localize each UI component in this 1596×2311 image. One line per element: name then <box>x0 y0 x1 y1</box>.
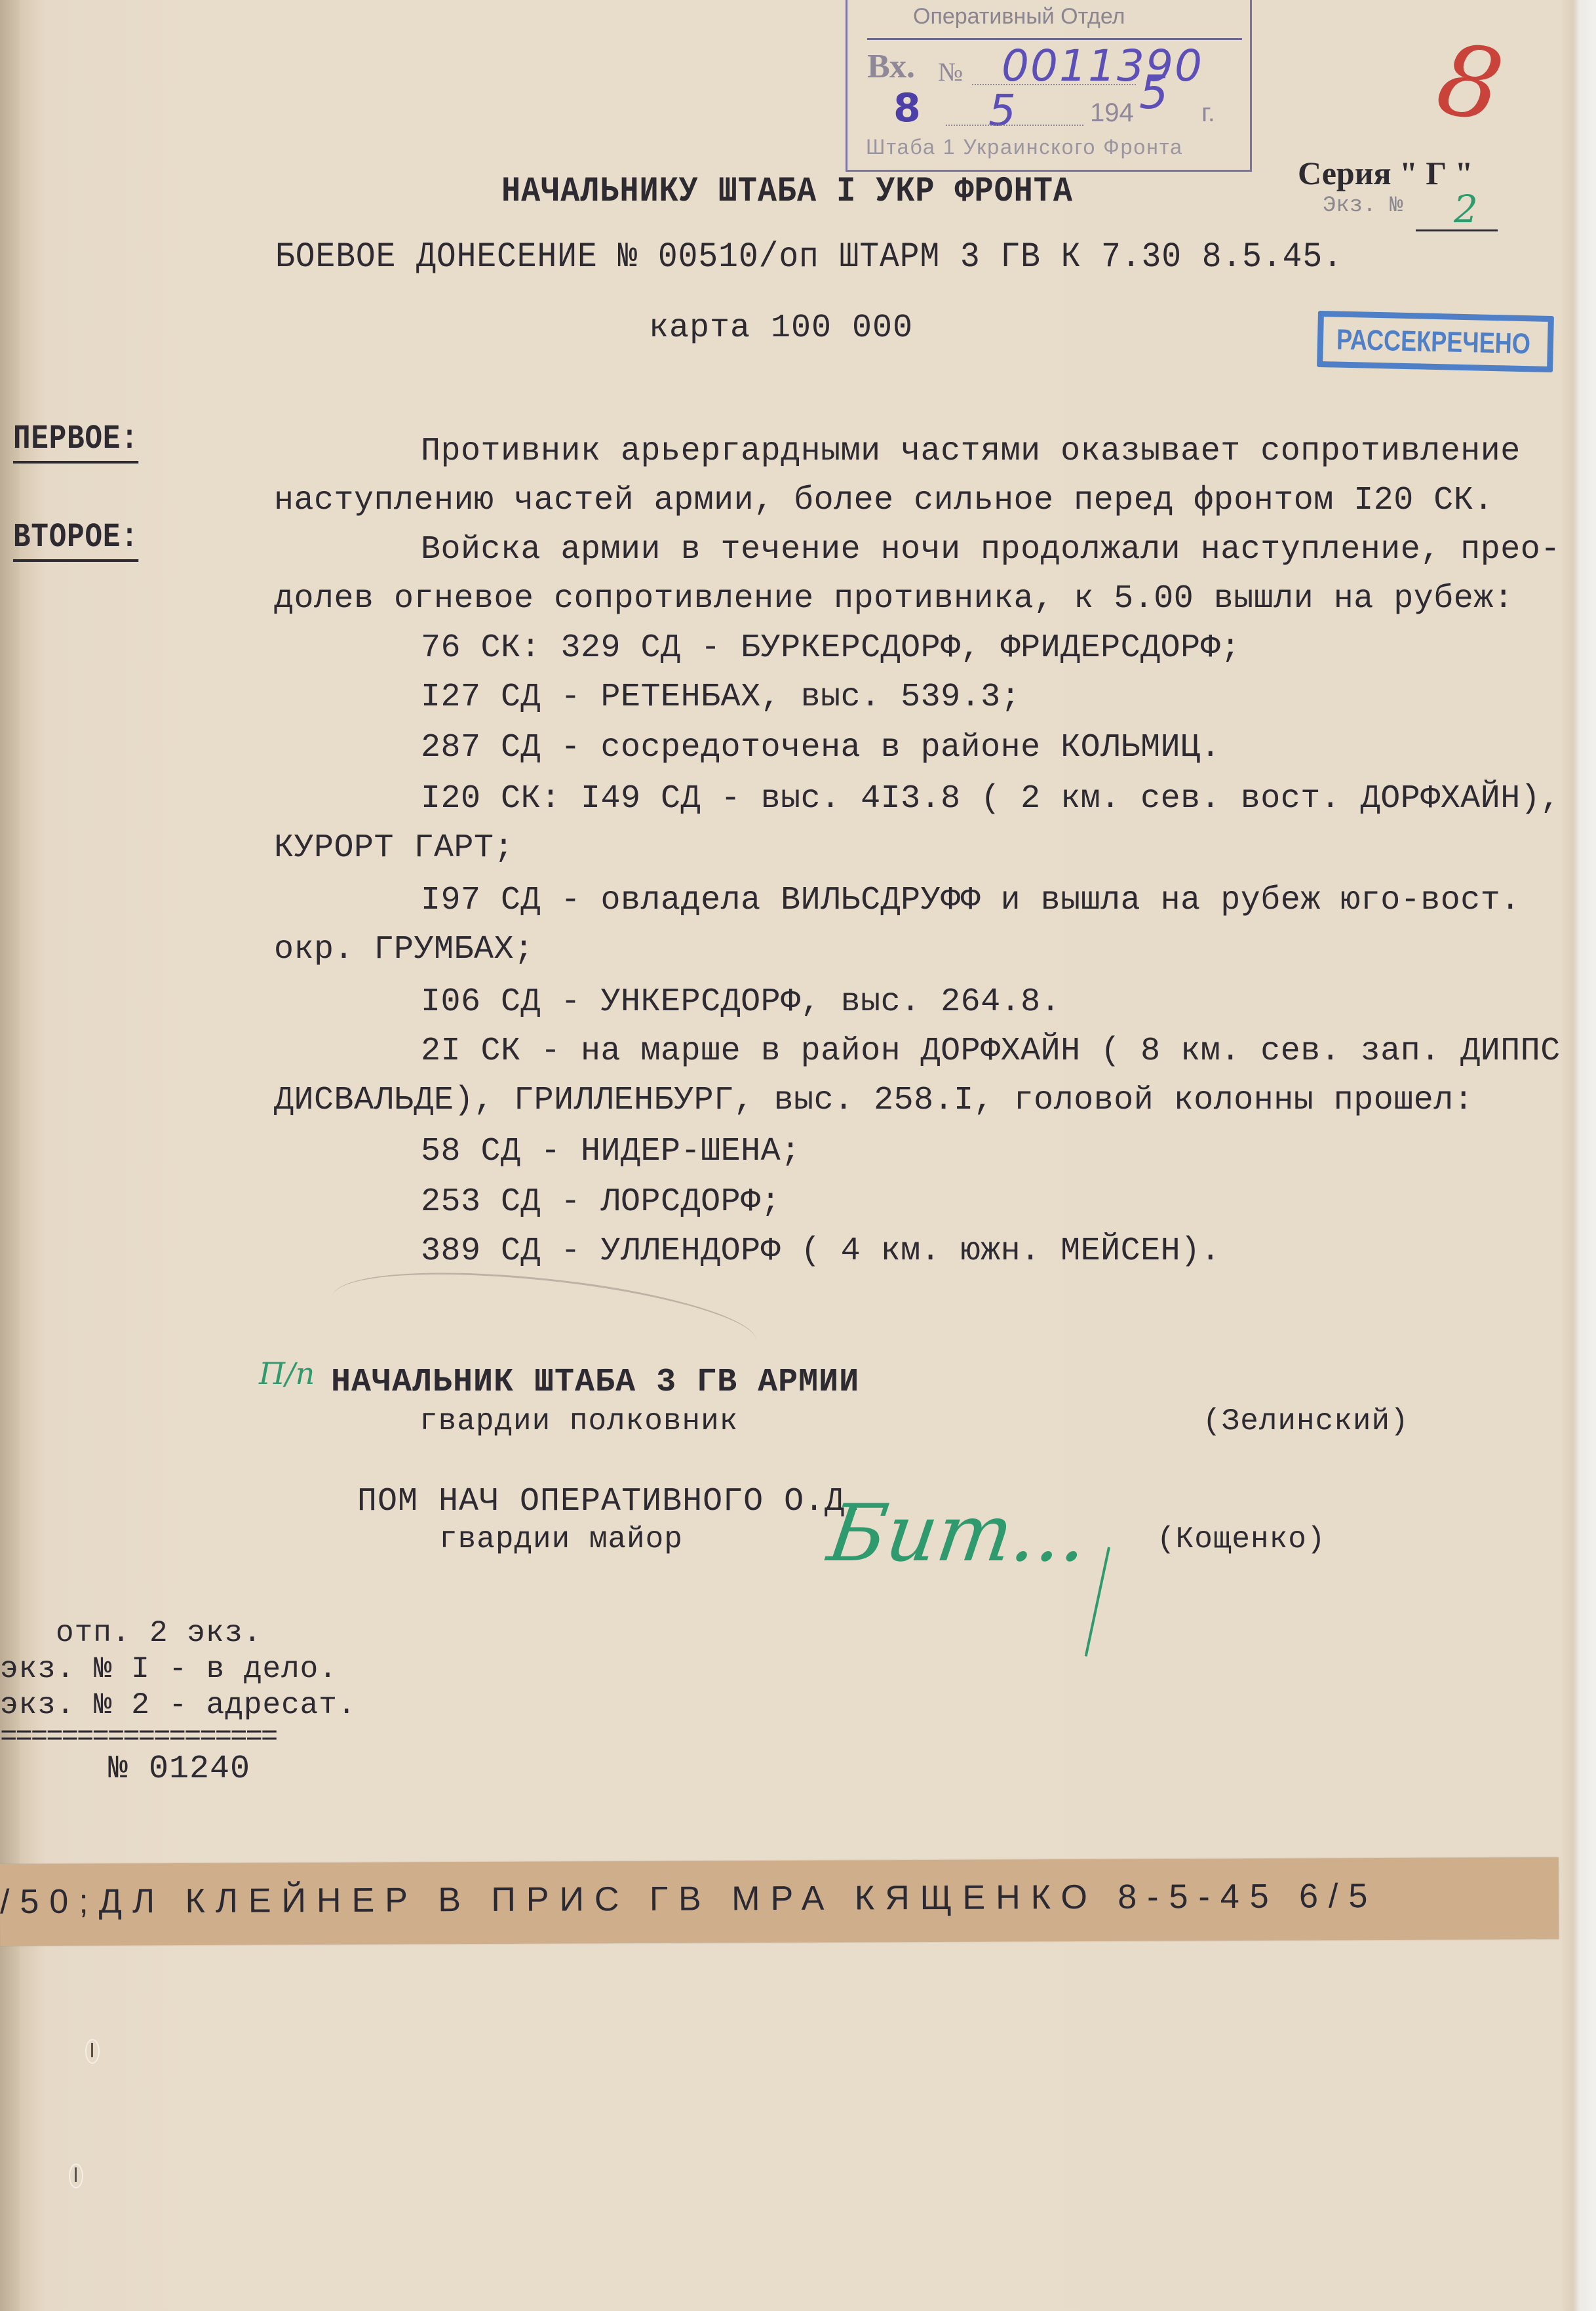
deputy-name: (Кощенко) <box>1157 1522 1325 1556</box>
body-line: наступлению частей армии, более сильное … <box>274 482 1494 519</box>
outgoing-number: № 01240 <box>108 1750 250 1788</box>
copy-number-value: 2 <box>1454 187 1478 231</box>
body-line: КУРОРТ ГАРТ; <box>274 829 514 867</box>
stamp-year-prefix: 194 <box>1090 98 1134 128</box>
binding-hole <box>85 2039 100 2064</box>
copy-2-destination: экз. № 2 - адресат. <box>0 1688 357 1722</box>
body-line: 2I СК - на марше в район ДОРФХАЙН ( 8 км… <box>421 1033 1561 1070</box>
deputy-signature: Бит... <box>823 1488 1093 1579</box>
report-title: БОЕВОЕ ДОНЕСЕНИЕ № 00510/оп ШТАРМ 3 ГВ К… <box>275 237 1343 277</box>
body-line: 253 СД - ЛОРСДОРФ; <box>421 1183 781 1221</box>
copy-1-destination: экз. № I - в дело. <box>0 1652 338 1686</box>
section-label-first: ПЕРВОЕ: <box>13 420 139 464</box>
body-line: окр. ГРУМБАХ; <box>274 931 534 968</box>
body-line: ДИСВАЛЬДЕ), ГРИЛЛЕНБУРГ, выс. 258.I, гол… <box>274 1082 1473 1119</box>
stamp-date-underline <box>946 125 1083 126</box>
body-line: I20 СК: I49 СД - выс. 4I3.8 ( 2 км. сев.… <box>421 780 1561 818</box>
body-line: I06 СД - УНКЕРСДОРФ, выс. 264.8. <box>421 983 1061 1021</box>
addressee-heading: НАЧАЛЬНИКУ ШТАБА I УКР ФРОНТА <box>501 172 1073 212</box>
body-line: 287 СД - сосредоточена в районе КОЛЬМИЦ. <box>421 729 1220 766</box>
body-line: Противник арьергардными частями оказывае… <box>421 433 1521 470</box>
separator-line: ================== <box>0 1721 276 1754</box>
stamp-year-suffix: 5 <box>1139 66 1169 119</box>
copies-printed: отп. 2 экз. <box>56 1616 262 1650</box>
stamp-number-label: № <box>938 56 963 87</box>
binding-hole <box>69 2163 83 2188</box>
body-line: 58 СД - НИДЕР-ШЕНА; <box>421 1133 801 1170</box>
body-line: 76 СК: 329 СД - БУРКЕРСДОРФ, ФРИДЕРСДОРФ… <box>421 629 1241 667</box>
body-line: Войска армии в течение ночи продолжали н… <box>421 531 1561 568</box>
telegraph-tape-text: /50;ДЛ КЛЕЙНЕР В ПРИС ГВ МРА КЯЩЕНКО 8-5… <box>0 1876 1378 1922</box>
stamp-title: Оперативный Отдел <box>913 4 1125 30</box>
declassified-stamp: РАССЕКРЕЧЕНО <box>1317 311 1554 372</box>
stamp-incoming-number: 0011390 <box>1002 41 1203 91</box>
declassified-text: РАССЕКРЕЧЕНО <box>1336 324 1530 361</box>
deputy-title: ПОМ НАЧ ОПЕРАТИВНОГО О.Д. <box>357 1483 865 1520</box>
signature-stroke <box>1085 1547 1110 1657</box>
section-label-second: ВТОРОЕ: <box>13 518 139 562</box>
map-reference: карта 100 000 <box>649 309 913 347</box>
stamp-vx-label: Вх. <box>867 47 915 86</box>
per-procurationem-mark: П/п <box>259 1356 315 1391</box>
copy-number-underline <box>1416 229 1498 231</box>
stamp-divider <box>867 38 1242 40</box>
chief-rank: гвардии полковник <box>419 1404 738 1438</box>
folio-number: 8 <box>1430 22 1511 145</box>
series-label: Серия " Г " <box>1298 154 1473 192</box>
stamp-year-unit: г. <box>1201 98 1215 128</box>
chief-title: НАЧАЛЬНИК ШТАБА 3 ГВ АРМИИ <box>331 1364 859 1401</box>
incoming-stamp: Оперативный Отдел Вх. № 0011390 8 5 194 … <box>846 0 1252 172</box>
copy-number-label: Экз. № <box>1323 193 1403 218</box>
stamp-day: 8 <box>893 85 921 131</box>
binding-shadow <box>0 0 20 2311</box>
body-line: 389 СД - УЛЛЕНДОРФ ( 4 км. южн. МЕЙСЕН). <box>421 1233 1220 1270</box>
body-line: I97 СД - овладела ВИЛЬСДРУФФ и вышла на … <box>421 882 1521 919</box>
deputy-rank: гвардии майор <box>439 1522 683 1556</box>
stamp-organization: Штаба 1 Украинского Фронта <box>866 135 1183 159</box>
document-page: Оперативный Отдел Вх. № 0011390 8 5 194 … <box>0 0 1596 2311</box>
body-line: I27 СД - РЕТЕНБАХ, выс. 539.3; <box>421 679 1021 716</box>
chief-name: (Зелинский) <box>1203 1404 1409 1438</box>
stamp-month: 5 <box>988 85 1016 136</box>
telegraph-tape: /50;ДЛ КЛЕЙНЕР В ПРИС ГВ МРА КЯЩЕНКО 8-5… <box>0 1857 1559 1946</box>
body-line: долев огневое сопротивление противника, … <box>274 580 1513 618</box>
